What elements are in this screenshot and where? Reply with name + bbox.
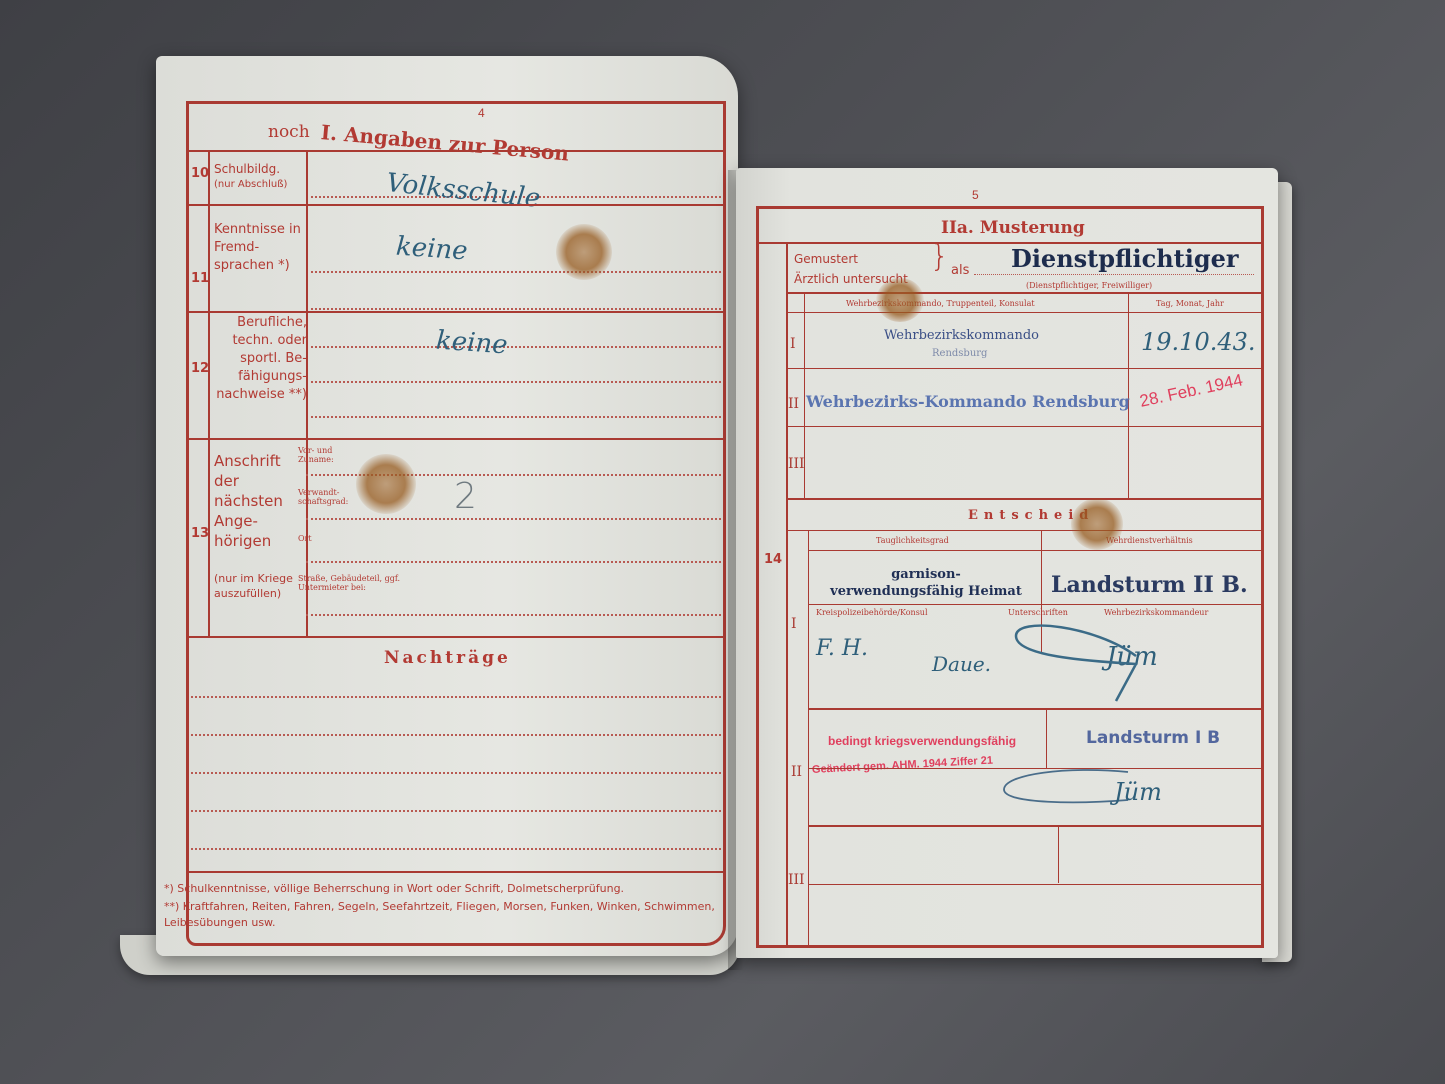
row-number-12: 12 <box>191 361 209 376</box>
row-label-fremdsprachen: Kenntnisse in Fremd-sprachen *) <box>214 221 306 275</box>
tauglichkeit-stamp-1: garnison-verwendungsfähig Heimat <box>826 566 1026 600</box>
row-label-angehoerige: Anschrift der nächsten Ange-hörigen <box>214 451 302 551</box>
date-1: 19.10.43. <box>1141 328 1256 356</box>
nachtraege-title: Nachträge <box>384 648 511 668</box>
als-label: als <box>951 262 969 280</box>
wehrdienst-stamp-2: Landsturm I B <box>1086 728 1220 748</box>
footnote-2: **) Kraftfahren, Reiten, Fahren, Segeln,… <box>164 899 719 931</box>
roman-I-entscheid: I <box>791 616 797 632</box>
musterung-title: IIa. Musterung <box>941 218 1085 238</box>
row-sublabel-angehoerige: (nur im Kriege auszufüllen) <box>214 571 309 601</box>
roman-II-entscheid: II <box>791 764 802 780</box>
col-tauglichkeit: Tauglichkeitsgrad <box>876 536 949 545</box>
field-label-strasse: Straße, Gebäudeteil, ggf. Untermieter be… <box>298 574 438 592</box>
roman-II: II <box>788 396 799 412</box>
roman-III: III <box>788 456 805 472</box>
signature-loop-icon <box>1006 616 1146 706</box>
entry-angehoerige: 2 <box>454 476 477 517</box>
stain <box>356 454 416 514</box>
col-office: Wehrbezirkskommando, Truppenteil, Konsul… <box>846 299 1035 308</box>
row-sublabel-schulbildung: (nur Abschluß) <box>214 176 287 194</box>
stain <box>556 224 612 280</box>
col-date: Tag, Monat, Jahr <box>1156 299 1224 308</box>
row-number-14: 14 <box>764 552 782 567</box>
signature-kommandeur-2: Jüm <box>1114 778 1162 806</box>
entry-fremdsprachen: keine <box>395 232 469 267</box>
section-title-prefix: noch <box>268 122 310 142</box>
row-number-11: 11 <box>191 271 209 286</box>
office-stamp-2: Wehrbezirks-Kommando Rendsburg <box>806 392 1130 411</box>
field-label-verwandtschaft: Verwandt-schaftsgrad: <box>298 488 358 506</box>
gemustert-label: Gemustert <box>794 250 858 268</box>
office-stamp-1-line2: Rendsburg <box>932 348 987 359</box>
right-page: 5 IIa. Musterung Gemustert Ärztlich unte… <box>736 168 1278 958</box>
col-polizei: Kreispolizeibehörde/Konsul <box>816 608 928 617</box>
left-page: 4 noch I. Angaben zur Person 10 Schulbil… <box>156 56 738 956</box>
row-label-befaehigung: Berufliche, techn. oder sportl. Be-fähig… <box>211 314 307 404</box>
als-hint: (Dienstpflichtiger, Freiwilliger) <box>1026 281 1152 290</box>
entry-befaehigung: keine <box>435 326 509 361</box>
page-number-right: 5 <box>972 188 979 202</box>
signature-middle: Daue. <box>932 652 991 676</box>
signature-polizei: F. H. <box>816 636 868 661</box>
office-stamp-1: Wehrbezirkskommando <box>884 328 1039 343</box>
stain <box>876 278 924 322</box>
brace-icon: } <box>930 248 949 266</box>
footnote-1: *) Schulkenntnisse, völlige Beherrschung… <box>164 881 724 897</box>
field-label-ort: Ort <box>298 534 312 543</box>
stain <box>1071 498 1123 550</box>
roman-III-entscheid: III <box>788 872 805 888</box>
tauglichkeit-stamp-2: bedingt kriegsverwendungsfähig <box>828 734 1016 748</box>
wehrdienst-stamp-1: Landsturm II B. <box>1051 572 1248 598</box>
field-label-name: Vor- und Zuname: <box>298 446 358 464</box>
row-number-10: 10 <box>191 166 209 181</box>
row-number-13: 13 <box>191 526 209 541</box>
als-value-stamp: Dienstpflichtiger <box>1011 244 1239 273</box>
roman-I: I <box>790 336 796 352</box>
